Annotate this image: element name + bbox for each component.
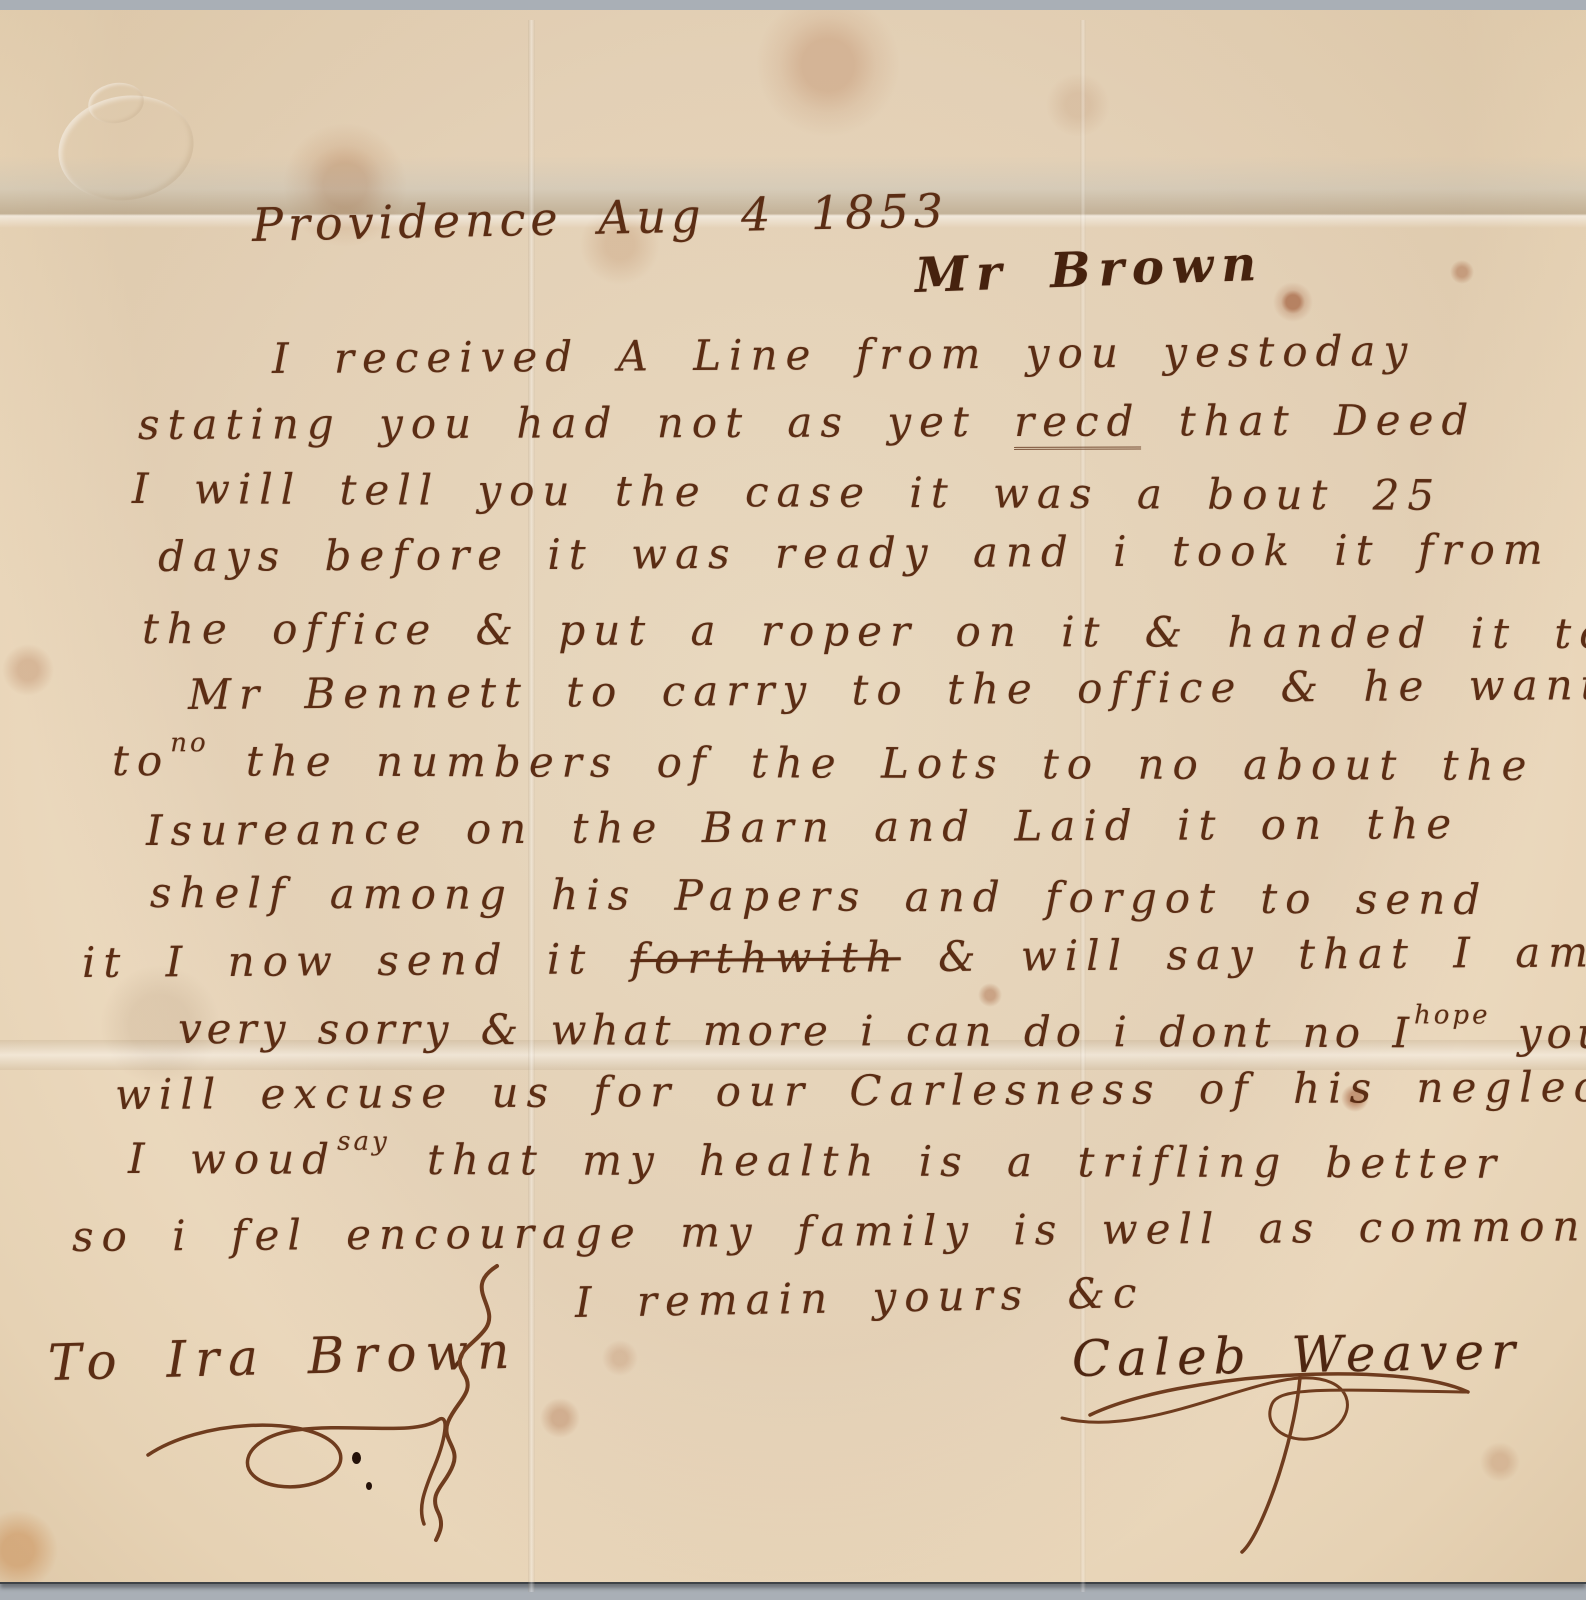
line-text: that my health is a trifling better [390,1135,1505,1188]
letter-line: days before it was ready and i took it f… [158,525,1551,581]
letter-line: tono the numbers of the Lots to no about… [112,736,1535,790]
line-text: very sorry & what more i can do i dont n… [178,1004,1414,1057]
inserted-word: hope [1414,1000,1491,1030]
letter-line: will excuse us for our Carlesness of his… [115,1062,1586,1119]
line-text: I woud [128,1134,337,1184]
letter-line: Isureance on the Barn and Laid it on the [146,799,1459,855]
letter-line: I woudsay that my health is a trifling b… [128,1134,1504,1188]
inserted-word: say [337,1127,390,1157]
letter-addressee: To Ira Brown [47,1322,519,1392]
scanned-letter-page: { "colors": { "paper": "#eddbc1", "ink":… [0,0,1586,1600]
line-text: it I now send it [82,934,631,987]
letter-signature: Caleb Weaver [1071,1322,1522,1388]
line-text: stating you had not as yet [138,397,1014,449]
line-text: that Deed [1141,395,1476,445]
line-text: to [112,736,170,785]
letter-line: Mr Bennett to carry to the office & he w… [188,660,1586,719]
struck-word: forthwith [630,932,900,983]
ink-speck [366,1482,372,1490]
letter-line: it I now send it forthwith & will say th… [82,927,1586,987]
inserted-word: no [170,728,209,758]
line-text: the numbers of the Lots to no about the [208,736,1534,790]
letter-line: the office & put a roper on it & handed … [142,604,1586,658]
letter-line: stating you had not as yet recd that Dee… [138,395,1476,449]
letter-line: I received A Line from you yestoday [272,326,1416,383]
underlined-word: recd [1014,396,1142,449]
ink-speck [352,1452,361,1464]
letter-line: very sorry & what more i can do i dont n… [178,1004,1586,1058]
line-text: youl [1490,1009,1586,1058]
line-text: & will say that I am [901,927,1586,981]
letter-closing: I remain yours &c [575,1268,1145,1327]
letter-line: I will tell you the case it was a bout 2… [132,464,1442,520]
letter-line: shelf among his Papers and forgot to sen… [150,868,1488,924]
